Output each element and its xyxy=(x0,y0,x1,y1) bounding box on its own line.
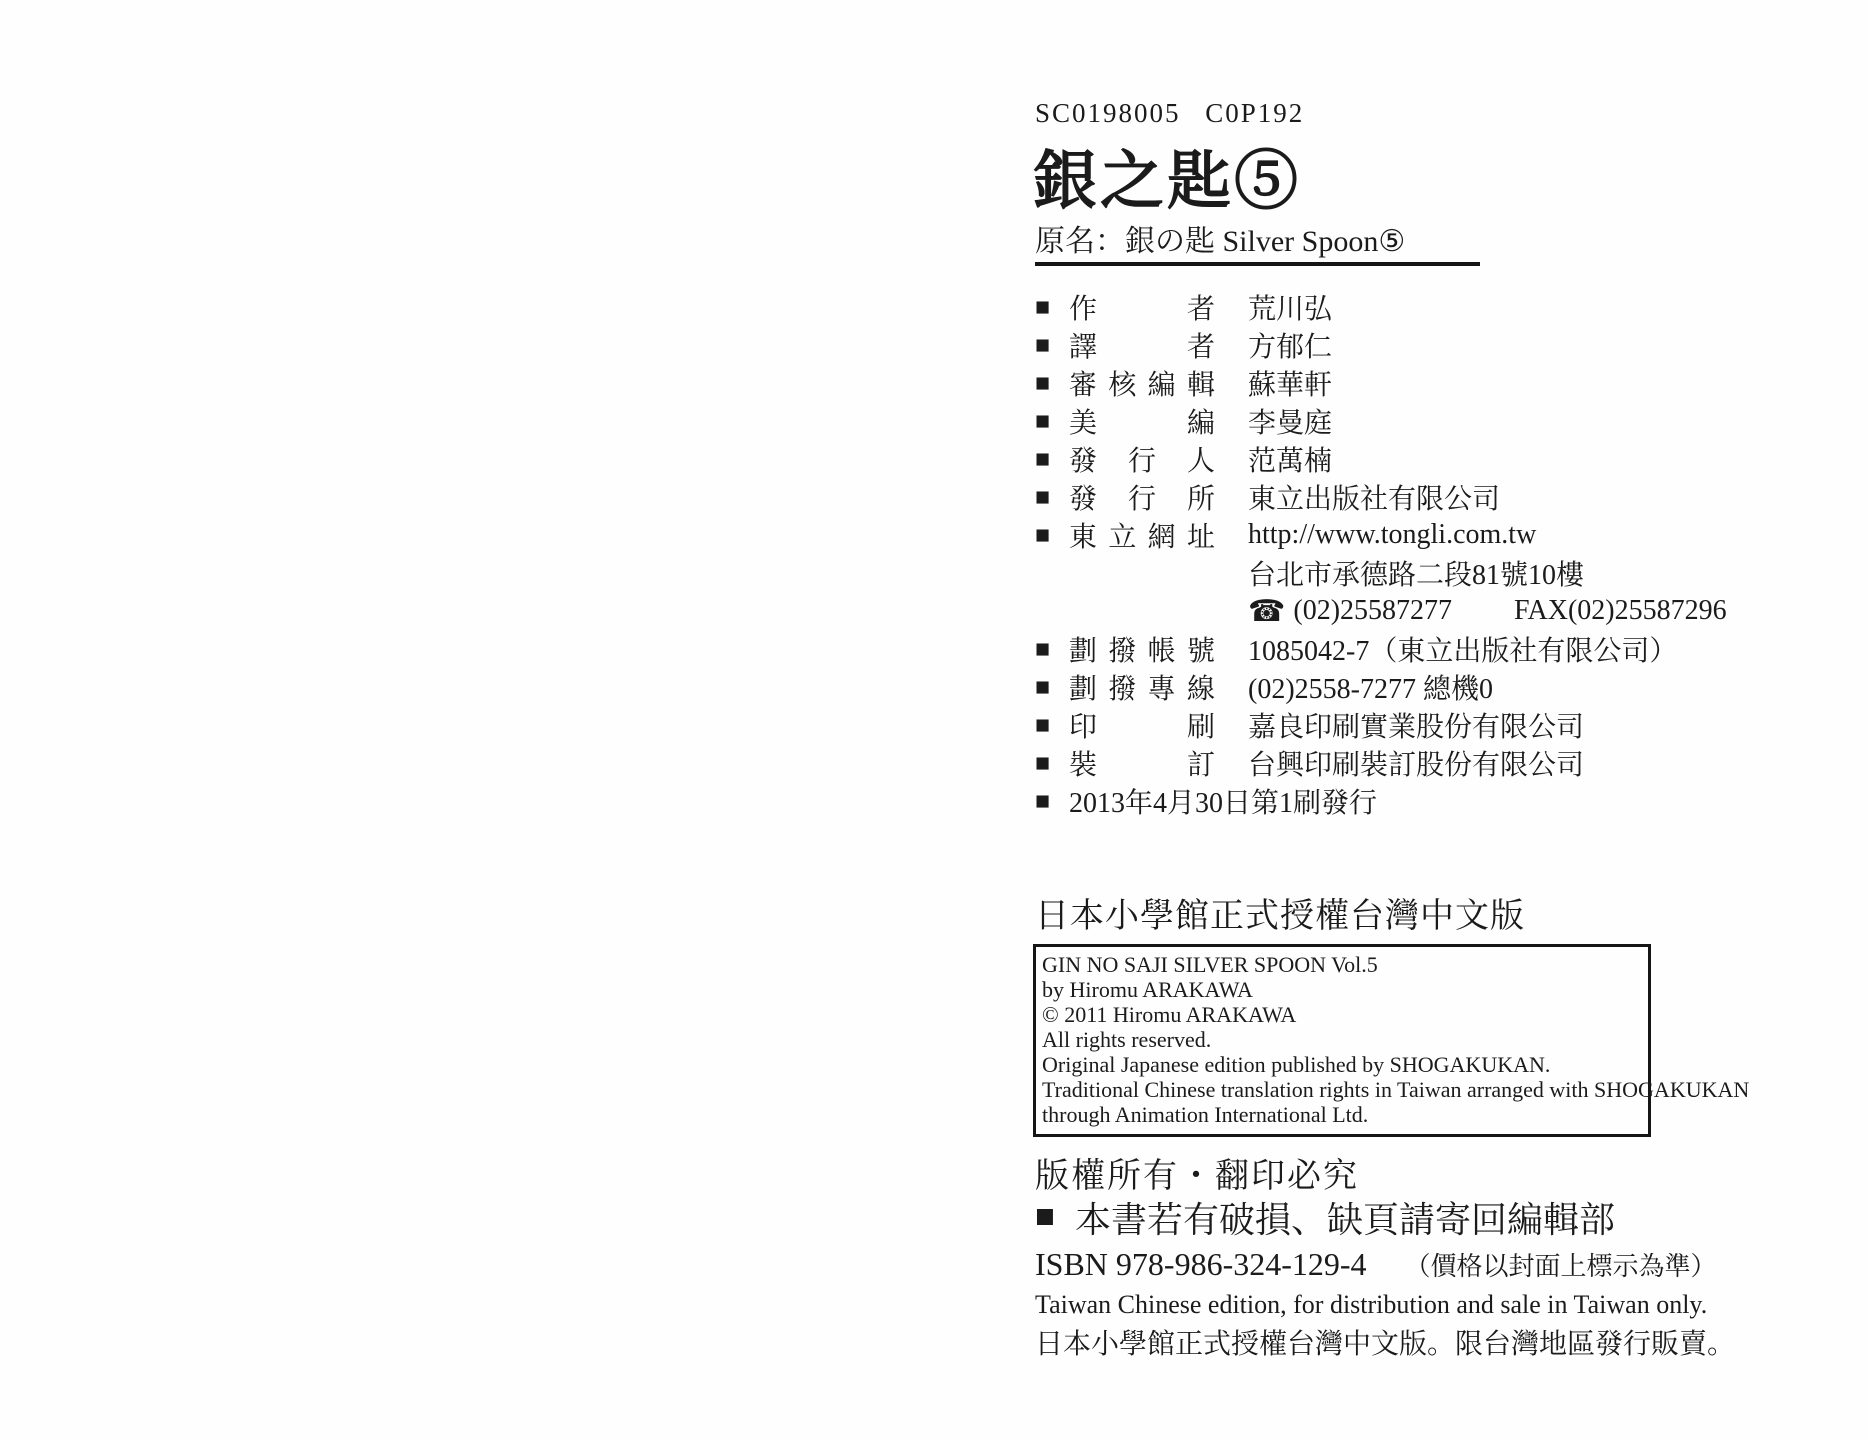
isbn-row: ISBN 978-986-324-129-4 （價格以封面上標示為準） xyxy=(1035,1246,1717,1283)
square-bullet-icon: ■ xyxy=(1035,751,1069,776)
product-code: SC0198005 C0P192 xyxy=(1035,98,1304,129)
authorization-heading: 日本小學館正式授權台灣中文版 xyxy=(1035,888,1525,937)
copyright-notice: 版權所有・翻印必究 xyxy=(1035,1148,1359,1197)
credit-row-postal-hotline: ■ 劃撥專線 (02)2558-7277 總機0 xyxy=(1035,668,1675,706)
credit-row-translator: ■ 譯者 方郁仁 xyxy=(1035,326,1675,364)
print-date: 2013年4月30日第1刷發行 xyxy=(1069,781,1377,821)
credit-row-author: ■ 作者 荒川弘 xyxy=(1035,288,1675,326)
license-line: through Animation International Ltd. xyxy=(1042,1102,1640,1127)
credit-value: 嘉良印刷實業股份有限公司 xyxy=(1248,705,1584,745)
credit-row-website: ■ 東立網址 http://www.tongli.com.tw xyxy=(1035,516,1675,554)
credit-row-art-editor: ■ 美編 李曼庭 xyxy=(1035,402,1675,440)
credit-label: 發行人 xyxy=(1069,439,1215,479)
square-bullet-icon: ■ xyxy=(1035,333,1069,358)
credit-label: 美編 xyxy=(1069,401,1215,441)
square-bullet-icon: ■ xyxy=(1035,675,1069,700)
fax-number: FAX(02)25587296 xyxy=(1514,595,1727,627)
print-date-row: ■ 2013年4月30日第1刷發行 xyxy=(1035,782,1675,820)
credit-value: 荒川弘 xyxy=(1248,287,1332,327)
license-line: by Hiromu ARAKAWA xyxy=(1042,977,1640,1002)
credit-value: 范萬楠 xyxy=(1248,439,1332,479)
price-note: （價格以封面上標示為準） xyxy=(1405,1246,1717,1283)
telephone-number: (02)25587277 xyxy=(1293,595,1452,627)
original-title: 原名：銀の匙 Silver Spoon⑤ xyxy=(1035,216,1405,260)
book-title: 銀之匙⑤ xyxy=(1033,130,1301,222)
english-distribution-note: Taiwan Chinese edition, for distribution… xyxy=(1035,1290,1707,1320)
credit-row-postal-account: ■ 劃撥帳號 1085042-7（東立出版社有限公司） xyxy=(1035,630,1675,668)
license-box: GIN NO SAJI SILVER SPOON Vol.5 by Hiromu… xyxy=(1033,944,1651,1137)
credit-label: 裝訂 xyxy=(1069,743,1215,783)
credit-row-publisher-person: ■ 發行人 范萬楠 xyxy=(1035,440,1675,478)
square-bullet-icon: ■ xyxy=(1035,295,1069,320)
credit-value: 蘇華軒 xyxy=(1248,363,1332,403)
license-line: © 2011 Hiromu ARAKAWA xyxy=(1042,1002,1640,1027)
region-distribution-note: 日本小學館正式授權台灣中文版。限台灣地區發行販賣。 xyxy=(1035,1322,1735,1362)
colophon-page: SC0198005 C0P192 銀之匙⑤ 原名：銀の匙 Silver Spoo… xyxy=(0,0,1868,1440)
credit-label: 作者 xyxy=(1069,287,1215,327)
square-bullet-icon: ■ xyxy=(1035,447,1069,472)
isbn-number: ISBN 978-986-324-129-4 xyxy=(1035,1246,1367,1283)
credit-value: 李曼庭 xyxy=(1248,401,1332,441)
credit-value: (02)2558-7277 總機0 xyxy=(1248,667,1493,707)
credit-label: 劃撥專線 xyxy=(1069,667,1215,707)
square-bullet-icon: ■ xyxy=(1035,789,1069,814)
credit-value: 東立出版社有限公司 xyxy=(1248,477,1500,517)
square-bullet-icon: ■ xyxy=(1035,713,1069,738)
credit-label: 印刷 xyxy=(1069,705,1215,745)
damage-return-notice-row: ■ 本書若有破損、缺頁請寄回編輯部 xyxy=(1035,1192,1615,1243)
title-underline xyxy=(1035,262,1480,266)
phone-fax-row: ☎ (02)25587277 FAX(02)25587296 xyxy=(1035,592,1675,630)
license-line: GIN NO SAJI SILVER SPOON Vol.5 xyxy=(1042,952,1640,977)
credit-row-binder: ■ 裝訂 台興印刷裝訂股份有限公司 xyxy=(1035,744,1675,782)
publisher-address-row: 台北市承德路二段81號10樓 xyxy=(1035,554,1675,592)
credit-value: 1085042-7（東立出版社有限公司） xyxy=(1248,629,1677,669)
phone-icon: ☎ xyxy=(1248,594,1285,629)
square-bullet-icon: ■ xyxy=(1035,1201,1075,1234)
square-bullet-icon: ■ xyxy=(1035,637,1069,662)
credit-label: 審核編輯 xyxy=(1069,363,1215,403)
credit-row-printer: ■ 印刷 嘉良印刷實業股份有限公司 xyxy=(1035,706,1675,744)
credit-row-publishing-house: ■ 發行所 東立出版社有限公司 xyxy=(1035,478,1675,516)
credit-row-review-editor: ■ 審核編輯 蘇華軒 xyxy=(1035,364,1675,402)
credit-rows: ■ 作者 荒川弘 ■ 譯者 方郁仁 ■ 審核編輯 蘇華軒 ■ 美編 李曼庭 ■ … xyxy=(1035,288,1675,820)
square-bullet-icon: ■ xyxy=(1035,409,1069,434)
credit-label: 東立網址 xyxy=(1069,515,1215,555)
credit-value: 台興印刷裝訂股份有限公司 xyxy=(1248,743,1584,783)
square-bullet-icon: ■ xyxy=(1035,371,1069,396)
square-bullet-icon: ■ xyxy=(1035,523,1069,548)
credit-label: 劃撥帳號 xyxy=(1069,629,1215,669)
license-line: Traditional Chinese translation rights i… xyxy=(1042,1077,1640,1102)
license-line: All rights reserved. xyxy=(1042,1027,1640,1052)
square-bullet-icon: ■ xyxy=(1035,485,1069,510)
damage-return-notice: 本書若有破損、缺頁請寄回編輯部 xyxy=(1075,1192,1615,1243)
publisher-address: 台北市承德路二段81號10樓 xyxy=(1248,553,1584,593)
credit-label: 譯者 xyxy=(1069,325,1215,365)
license-line: Original Japanese edition published by S… xyxy=(1042,1052,1640,1077)
credit-value: 方郁仁 xyxy=(1248,325,1332,365)
credit-label: 發行所 xyxy=(1069,477,1215,517)
website-url: http://www.tongli.com.tw xyxy=(1248,519,1536,551)
